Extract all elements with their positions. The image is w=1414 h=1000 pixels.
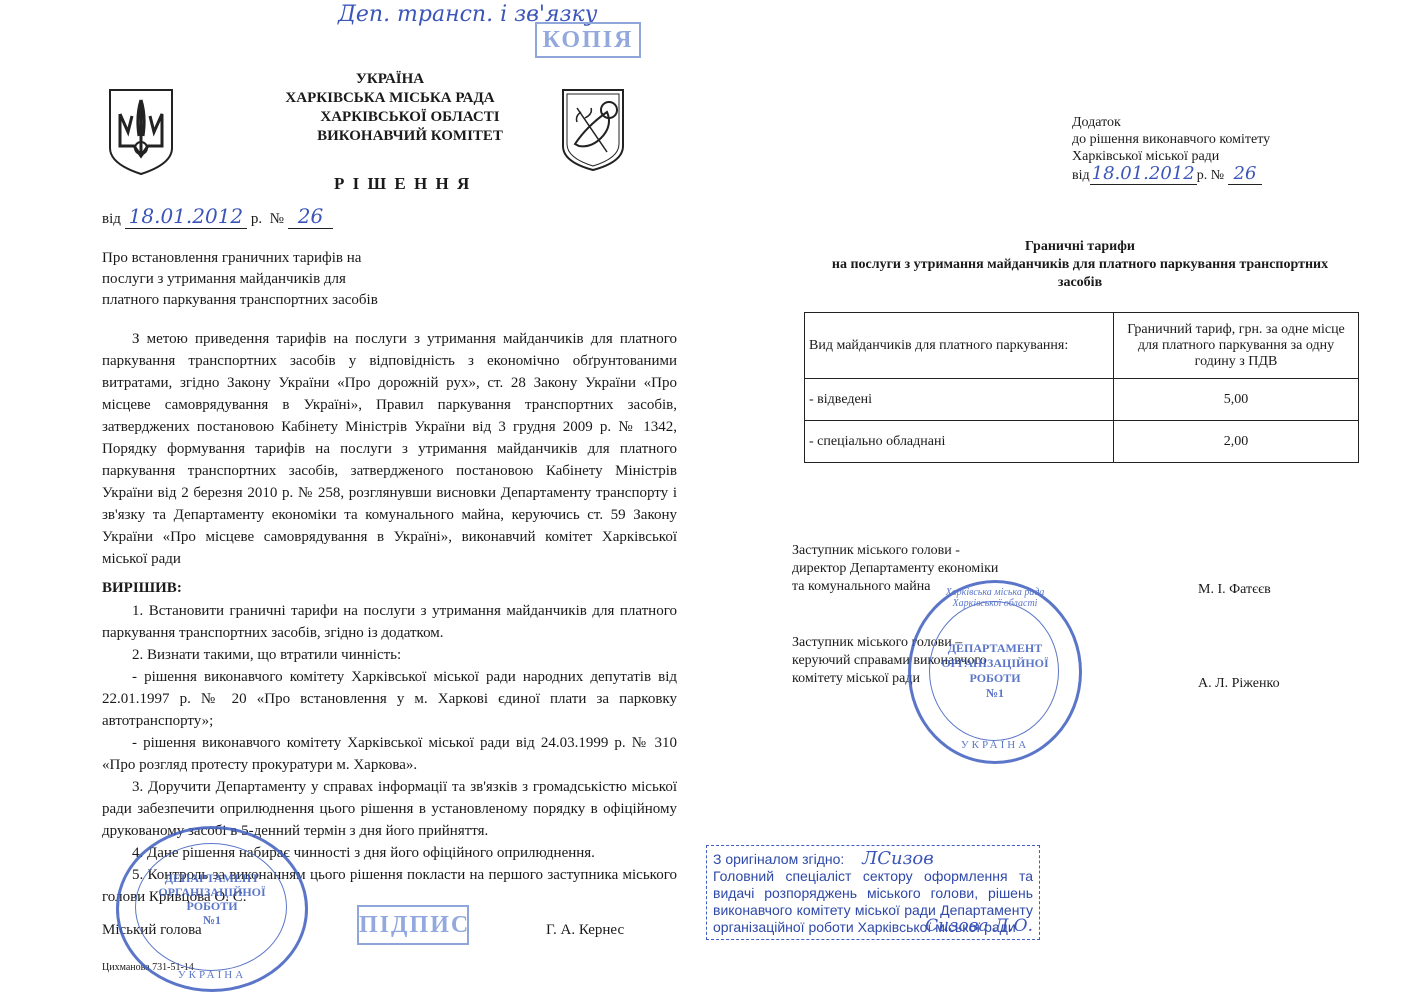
- header-line-2: ХАРКІВСЬКА МІСЬКА РАДА: [240, 89, 540, 108]
- decision-item-2: 2. Визнати такими, що втратили чинність:: [102, 644, 677, 666]
- seal-number: №1: [911, 686, 1079, 701]
- decision-item-2a: - рішення виконавчого комітету Харківськ…: [102, 666, 677, 732]
- certification-line-1: З оригіналом згідно:: [713, 851, 844, 867]
- decided-label: ВИРІШИВ:: [102, 580, 182, 597]
- table-row: - відведені 5,00: [805, 379, 1359, 421]
- number-value: 26: [288, 204, 333, 229]
- table-header-cell: Вид майданчиків для платного паркування:: [805, 313, 1114, 379]
- appendix-number-value: 26: [1228, 163, 1263, 185]
- tariffs-table: Вид майданчиків для платного паркування:…: [804, 312, 1359, 463]
- date-prefix: від: [102, 211, 121, 227]
- kharkiv-coat-of-arms-icon: [557, 86, 629, 172]
- issuer-header: УКРАЇНА ХАРКІВСЬКА МІСЬКА РАДА ХАРКІВСЬК…: [240, 70, 540, 146]
- official-seal-right: Харківська міська рада Харківської облас…: [908, 580, 1082, 764]
- signatory-1-name: М. І. Фатєєв: [1198, 582, 1271, 598]
- date-value: 18.01.2012: [125, 204, 248, 229]
- appendix-year-suffix: р.: [1197, 168, 1208, 183]
- header-line-3: ХАРКІВСЬКОЇ ОБЛАСТІ: [240, 108, 540, 127]
- preamble-paragraph: З метою приведення тарифів на послуги з …: [102, 328, 677, 570]
- appendix-date-line: від18.01.2012р. № 26: [1072, 165, 1270, 184]
- decision-item-2b: - рішення виконавчого комітету Харківськ…: [102, 732, 677, 776]
- seal-text: ДЕПАРТАМЕНТ: [119, 871, 305, 885]
- table-row: - спеціально обладнані 2,00: [805, 421, 1359, 463]
- copy-stamp: КОПІЯ: [535, 22, 641, 58]
- appendix-header: Додаток до рішення виконавчого комітету …: [1072, 114, 1270, 184]
- number-prefix: №: [270, 211, 284, 227]
- year-suffix: р.: [251, 211, 262, 227]
- mayor-name: Г. А. Кернес: [546, 922, 624, 939]
- signatory-title-line: Заступник міського голови -: [792, 542, 998, 560]
- signature-stamp: ПІДПИС: [357, 905, 469, 945]
- seal-bottom-text: УКРАЇНА: [911, 739, 1079, 751]
- seal-text: ДЕПАРТАМЕНТ: [911, 641, 1079, 656]
- certification-signature: ЛСизов: [862, 848, 934, 869]
- subject-line: послуги з утримання майданчиків для: [102, 269, 422, 290]
- table-cell-tariff: 5,00: [1114, 379, 1359, 421]
- decision-date-line: від 18.01.2012 р. № 26: [102, 204, 333, 228]
- tariffs-title-line-1: Граничні тарифи: [780, 238, 1380, 256]
- certification-stamp: З оригіналом згідно: ЛСизов Головний спе…: [706, 845, 1040, 940]
- seal-bottom-text: УКРАЇНА: [119, 969, 305, 981]
- signatory-title-line: директор Департаменту економіки: [792, 560, 998, 578]
- official-seal-left: ДЕПАРТАМЕНТ ОРГАНІЗАЦІЙНОЇ РОБОТИ №1 УКР…: [116, 826, 308, 992]
- appendix-line-1: Додаток: [1072, 114, 1270, 131]
- document-type-title: Р І Ш Е Н Н Я: [334, 174, 471, 194]
- appendix-date-prefix: від: [1072, 168, 1090, 183]
- tariffs-title: Граничні тарифи на послуги з утримання м…: [780, 238, 1380, 292]
- header-line-1: УКРАЇНА: [240, 70, 540, 89]
- appendix-date-value: 18.01.2012: [1090, 163, 1197, 185]
- header-line-4: ВИКОНАВЧИЙ КОМІТЕТ: [240, 127, 540, 146]
- table-cell-type: - відведені: [805, 379, 1114, 421]
- table-cell-type: - спеціально обладнані: [805, 421, 1114, 463]
- seal-text: РОБОТИ: [911, 671, 1079, 686]
- appendix-line-2: до рішення виконавчого комітету: [1072, 131, 1270, 148]
- table-cell-tariff: 2,00: [1114, 421, 1359, 463]
- seal-ring-text: Харківська міська рада Харківської облас…: [921, 587, 1069, 609]
- appendix-number-prefix: №: [1211, 168, 1224, 183]
- tariffs-title-line-3: засобів: [780, 274, 1380, 292]
- decision-item-1: 1. Встановити граничні тарифи на послуги…: [102, 600, 677, 644]
- ukraine-coat-of-arms-icon: [106, 86, 176, 176]
- decision-subject: Про встановлення граничних тарифів на по…: [102, 248, 422, 311]
- table-header-row: Вид майданчиків для платного паркування:…: [805, 313, 1359, 379]
- seal-text: ОРГАНІЗАЦІЙНОЇ: [911, 656, 1079, 671]
- seal-text: ОРГАНІЗАЦІЙНОЇ: [119, 885, 305, 899]
- seal-number: №1: [119, 913, 305, 927]
- signatory-2-name: А. Л. Ріженко: [1198, 676, 1280, 692]
- subject-line: платного паркування транспортних засобів: [102, 290, 422, 311]
- table-header-cell: Граничний тариф, грн. за одне місце для …: [1114, 313, 1359, 379]
- seal-text: РОБОТИ: [119, 899, 305, 913]
- subject-line: Про встановлення граничних тарифів на: [102, 248, 422, 269]
- tariffs-title-line-2: на послуги з утримання майданчиків для п…: [780, 256, 1380, 274]
